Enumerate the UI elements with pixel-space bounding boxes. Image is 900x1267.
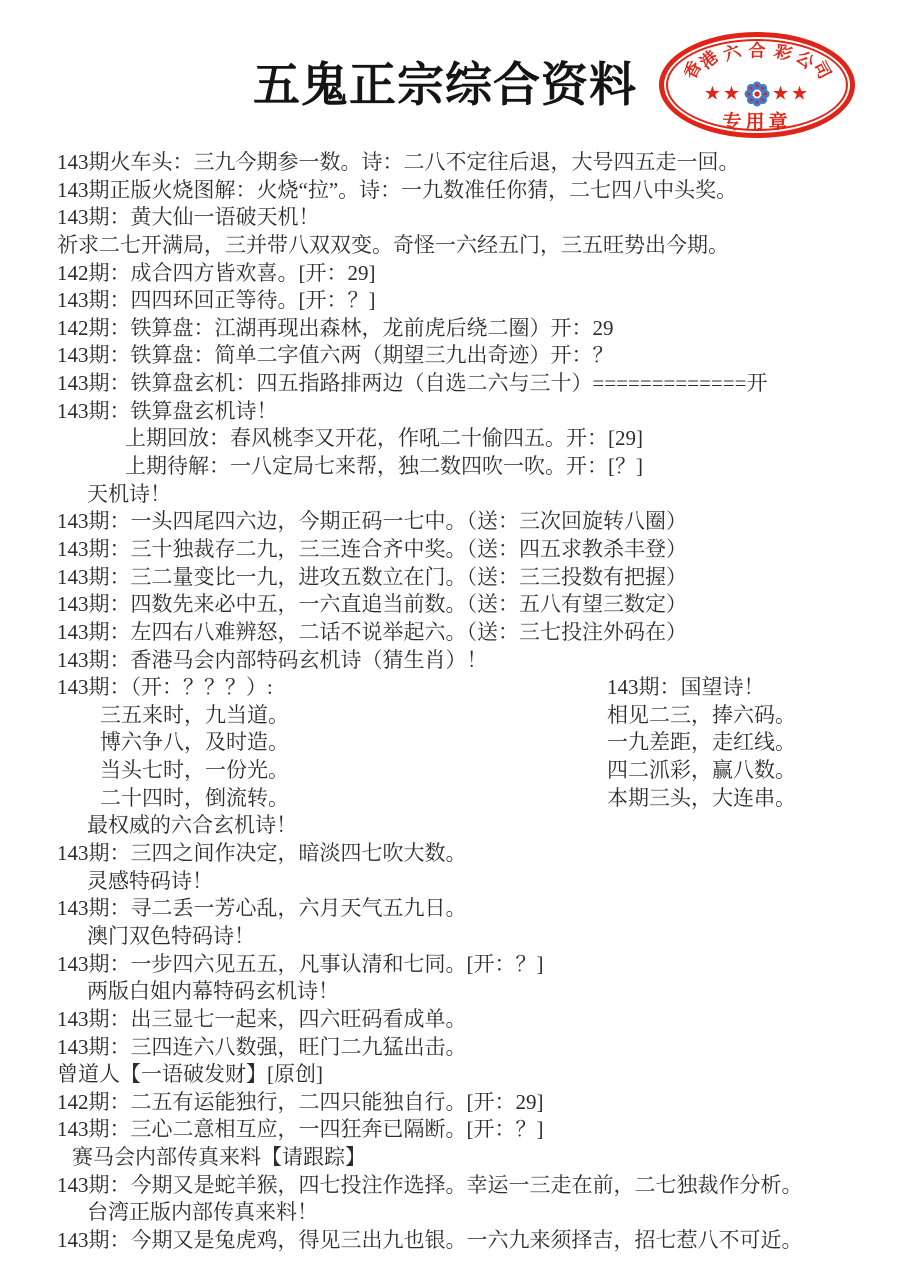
- content-lines: 143期火车头：三九今期参一数。诗：二八不定往后退，大号四五走一回。143期正版…: [0, 149, 900, 1255]
- row-left-text: 143期：出三显七一起来，四六旺码看成单。: [57, 1007, 467, 1031]
- text-row: 143期：黄大仙一语破天机！: [0, 204, 900, 232]
- row-left-text: 143期：香港马会内部特码玄机诗（猜生肖）！: [57, 648, 488, 672]
- text-row: 最权威的六合玄机诗！: [0, 812, 900, 840]
- text-row: 143期：三心二意相互应，一四狂奔已隔断。[开：？]: [0, 1116, 900, 1144]
- row-left-text: 143期：今期又是蛇羊猴，四七投注作选择。幸运一三走在前，二七独裁作分析。: [57, 1173, 803, 1197]
- row-left-text: 赛马会内部传真来料【请跟踪】: [72, 1145, 366, 1169]
- row-right-text: 四二沠彩，赢八数。: [607, 757, 796, 785]
- text-row: 143期：（开：？？？）:143期：国望诗！: [0, 674, 900, 702]
- row-left-text: 143期火车头：三九今期参一数。诗：二八不定往后退，大号四五走一回。: [57, 150, 740, 174]
- text-row: 两版白姐内幕特码玄机诗！: [0, 978, 900, 1006]
- row-left-text: 143期：三二量变比一九，进攻五数立在门。（送：三三投数有把握）: [57, 565, 687, 589]
- row-left-text: 三五来时，九当道。: [100, 703, 289, 727]
- row-left-text: 143期：左四右八难辨怒，二话不说举起六。（送：三七投注外码在）: [57, 620, 687, 644]
- text-row: 143期：寻二丢一芳心乱，六月天气五九日。: [0, 895, 900, 923]
- row-left-text: 143期：三十独裁存二九，三三连合齐中奖。（送：四五求教杀丰登）: [57, 537, 687, 561]
- row-left-text: 143期：四四环回正等待。[开：？]: [57, 288, 376, 312]
- text-row: 143期：铁算盘玄机诗！: [0, 398, 900, 426]
- row-left-text: 143期：寻二丢一芳心乱，六月天气五九日。: [57, 896, 467, 920]
- row-left-text: 博六争八，及时造。: [100, 730, 289, 754]
- text-row: 上期待解：一八定局七来帮，独二数四吹一吹。开：[？]: [0, 453, 900, 481]
- row-left-text: 143期：铁算盘玄机：四五指路排两边（自选二六与三十）=============…: [57, 371, 767, 395]
- row-left-text: 上期待解：一八定局七来帮，独二数四吹一吹。开：[？]: [125, 454, 643, 478]
- row-left-text: 143期正版火烧图解：火烧“拉”。诗：一九数准任你猜，二七四八中头奖。: [57, 178, 737, 202]
- row-left-text: 142期：二五有运能独行，二四只能独自行。[开：29]: [57, 1090, 544, 1114]
- text-row: 博六争八，及时造。一九差距，走红线。: [0, 729, 900, 757]
- text-row: 142期：二五有运能独行，二四只能独自行。[开：29]: [0, 1089, 900, 1117]
- text-row: 二十四时，倒流转。本期三头，大连串。: [0, 785, 900, 813]
- text-row: 上期回放：春风桃李又开花，作吼二十偷四五。开：[29]: [0, 425, 900, 453]
- row-left-text: 天机诗！: [87, 482, 171, 506]
- text-row: 143期：今期又是兔虎鸡，得见三出九也银。一六九来须择吉，招七惹八不可近。: [0, 1227, 900, 1255]
- row-left-text: 上期回放：春风桃李又开花，作吼二十偷四五。开：[29]: [125, 426, 643, 450]
- row-left-text: 二十四时，倒流转。: [100, 786, 289, 810]
- text-row: 143期：今期又是蛇羊猴，四七投注作选择。幸运一三走在前，二七独裁作分析。: [0, 1172, 900, 1200]
- text-row: 143期：铁算盘：简单二字值六两（期望三九出奇迹）开：？: [0, 342, 900, 370]
- row-left-text: 灵感特码诗！: [87, 869, 213, 893]
- row-left-text: 台湾正版内部传真来料！: [87, 1200, 318, 1224]
- row-right-text: 143期：国望诗！: [607, 674, 765, 702]
- row-left-text: 143期：一步四六见五五，凡事认清和七同。[开：？]: [57, 952, 544, 976]
- stamp-bottom-text: 专用章: [659, 107, 855, 134]
- text-row: 143期：三十独裁存二九，三三连合齐中奖。（送：四五求教杀丰登）: [0, 536, 900, 564]
- text-row: 143期：三四连六八数强，旺门二九猛出击。: [0, 1034, 900, 1062]
- row-left-text: 143期：黄大仙一语破天机！: [57, 205, 320, 229]
- text-row: 143期：出三显七一起来，四六旺码看成单。: [0, 1006, 900, 1034]
- text-row: 祈求二七开满局，三并带八双双变。奇怪一六经五门，三五旺势出今期。: [0, 232, 900, 260]
- row-left-text: 143期：铁算盘玄机诗！: [57, 399, 278, 423]
- text-row: 143期：一步四六见五五，凡事认清和七同。[开：？]: [0, 951, 900, 979]
- text-row: 143期正版火烧图解：火烧“拉”。诗：一九数准任你猜，二七四八中头奖。: [0, 177, 900, 205]
- text-row: 143期火车头：三九今期参一数。诗：二八不定往后退，大号四五走一回。: [0, 149, 900, 177]
- row-right-text: 相见二三，捧六码。: [607, 702, 796, 730]
- star-icons-right: ★★: [772, 83, 810, 104]
- text-row: 143期：三二量变比一九，进攻五数立在门。（送：三三投数有把握）: [0, 564, 900, 592]
- row-left-text: 当头七时，一份光。: [100, 758, 289, 782]
- row-right-text: 一九差距，走红线。: [607, 729, 796, 757]
- row-left-text: 143期：三四连六八数强，旺门二九猛出击。: [57, 1035, 467, 1059]
- row-left-text: 澳门双色特码诗！: [87, 924, 255, 948]
- bauhinia-flower-icon: [744, 81, 770, 107]
- row-left-text: 143期：四数先来必中五，一六直追当前数。（送：五八有望三数定）: [57, 592, 687, 616]
- row-left-text: 143期：铁算盘：简单二字值六两（期望三九出奇迹）开：？: [57, 343, 614, 367]
- row-left-text: 祈求二七开满局，三并带八双双变。奇怪一六经五门，三五旺势出今期。: [57, 233, 729, 257]
- row-left-text: 143期：三四之间作决定，暗淡四七吹大数。: [57, 841, 467, 865]
- text-row: 三五来时，九当道。相见二三，捧六码。: [0, 702, 900, 730]
- row-left-text: 143期：今期又是兔虎鸡，得见三出九也银。一六九来须择吉，招七惹八不可近。: [57, 1228, 803, 1252]
- text-row: 赛马会内部传真来料【请跟踪】: [0, 1144, 900, 1172]
- text-row: 143期：一头四尾四六边，今期正码一七中。（送：三次回旋转八圈）: [0, 508, 900, 536]
- text-row: 天机诗！: [0, 481, 900, 509]
- text-row: 143期：香港马会内部特码玄机诗（猜生肖）！: [0, 647, 900, 675]
- text-row: 143期：铁算盘玄机：四五指路排两边（自选二六与三十）=============…: [0, 370, 900, 398]
- row-left-text: 两版白姐内幕特码玄机诗！: [87, 979, 339, 1003]
- text-row: 142期：铁算盘：江湖再现出森林，龙前虎后绕二圈）开：29: [0, 315, 900, 343]
- row-left-text: 143期：三心二意相互应，一四狂奔已隔断。[开：？]: [57, 1117, 544, 1141]
- row-left-text: 142期：铁算盘：江湖再现出森林，龙前虎后绕二圈）开：29: [57, 316, 614, 340]
- row-left-text: 142期：成合四方皆欢喜。[开：29]: [57, 261, 376, 285]
- text-row: 澳门双色特码诗！: [0, 923, 900, 951]
- text-row: 143期：左四右八难辨怒，二话不说举起六。（送：三七投注外码在）: [0, 619, 900, 647]
- page-title: 五鬼正宗综合资料: [253, 48, 637, 115]
- text-row: 灵感特码诗！: [0, 868, 900, 896]
- row-left-text: 143期：一头四尾四六边，今期正码一七中。（送：三次回旋转八圈）: [57, 509, 687, 533]
- stamp-arc-char: 合: [749, 43, 766, 60]
- text-row: 当头七时，一份光。四二沠彩，赢八数。: [0, 757, 900, 785]
- text-row: 曾道人【一语破发财】[原创]: [0, 1061, 900, 1089]
- row-left-text: 最权威的六合玄机诗！: [87, 813, 297, 837]
- stamp-stars-row: ★★ ★★: [659, 81, 855, 107]
- text-row: 143期：四数先来必中五，一六直追当前数。（送：五八有望三数定）: [0, 591, 900, 619]
- row-left-text: 143期：（开：？？？）:: [57, 675, 273, 699]
- text-row: 143期：三四之间作决定，暗淡四七吹大数。: [0, 840, 900, 868]
- text-row: 143期：四四环回正等待。[开：？]: [0, 287, 900, 315]
- text-row: 台湾正版内部传真来料！: [0, 1199, 900, 1227]
- row-right-text: 本期三头，大连串。: [607, 785, 796, 813]
- company-stamp: 香港六合彩公司 ★★ ★★ 专用章: [659, 32, 855, 138]
- star-icons-left: ★★: [704, 83, 742, 104]
- text-row: 142期：成合四方皆欢喜。[开：29]: [0, 260, 900, 288]
- row-left-text: 曾道人【一语破发财】[原创]: [57, 1062, 323, 1086]
